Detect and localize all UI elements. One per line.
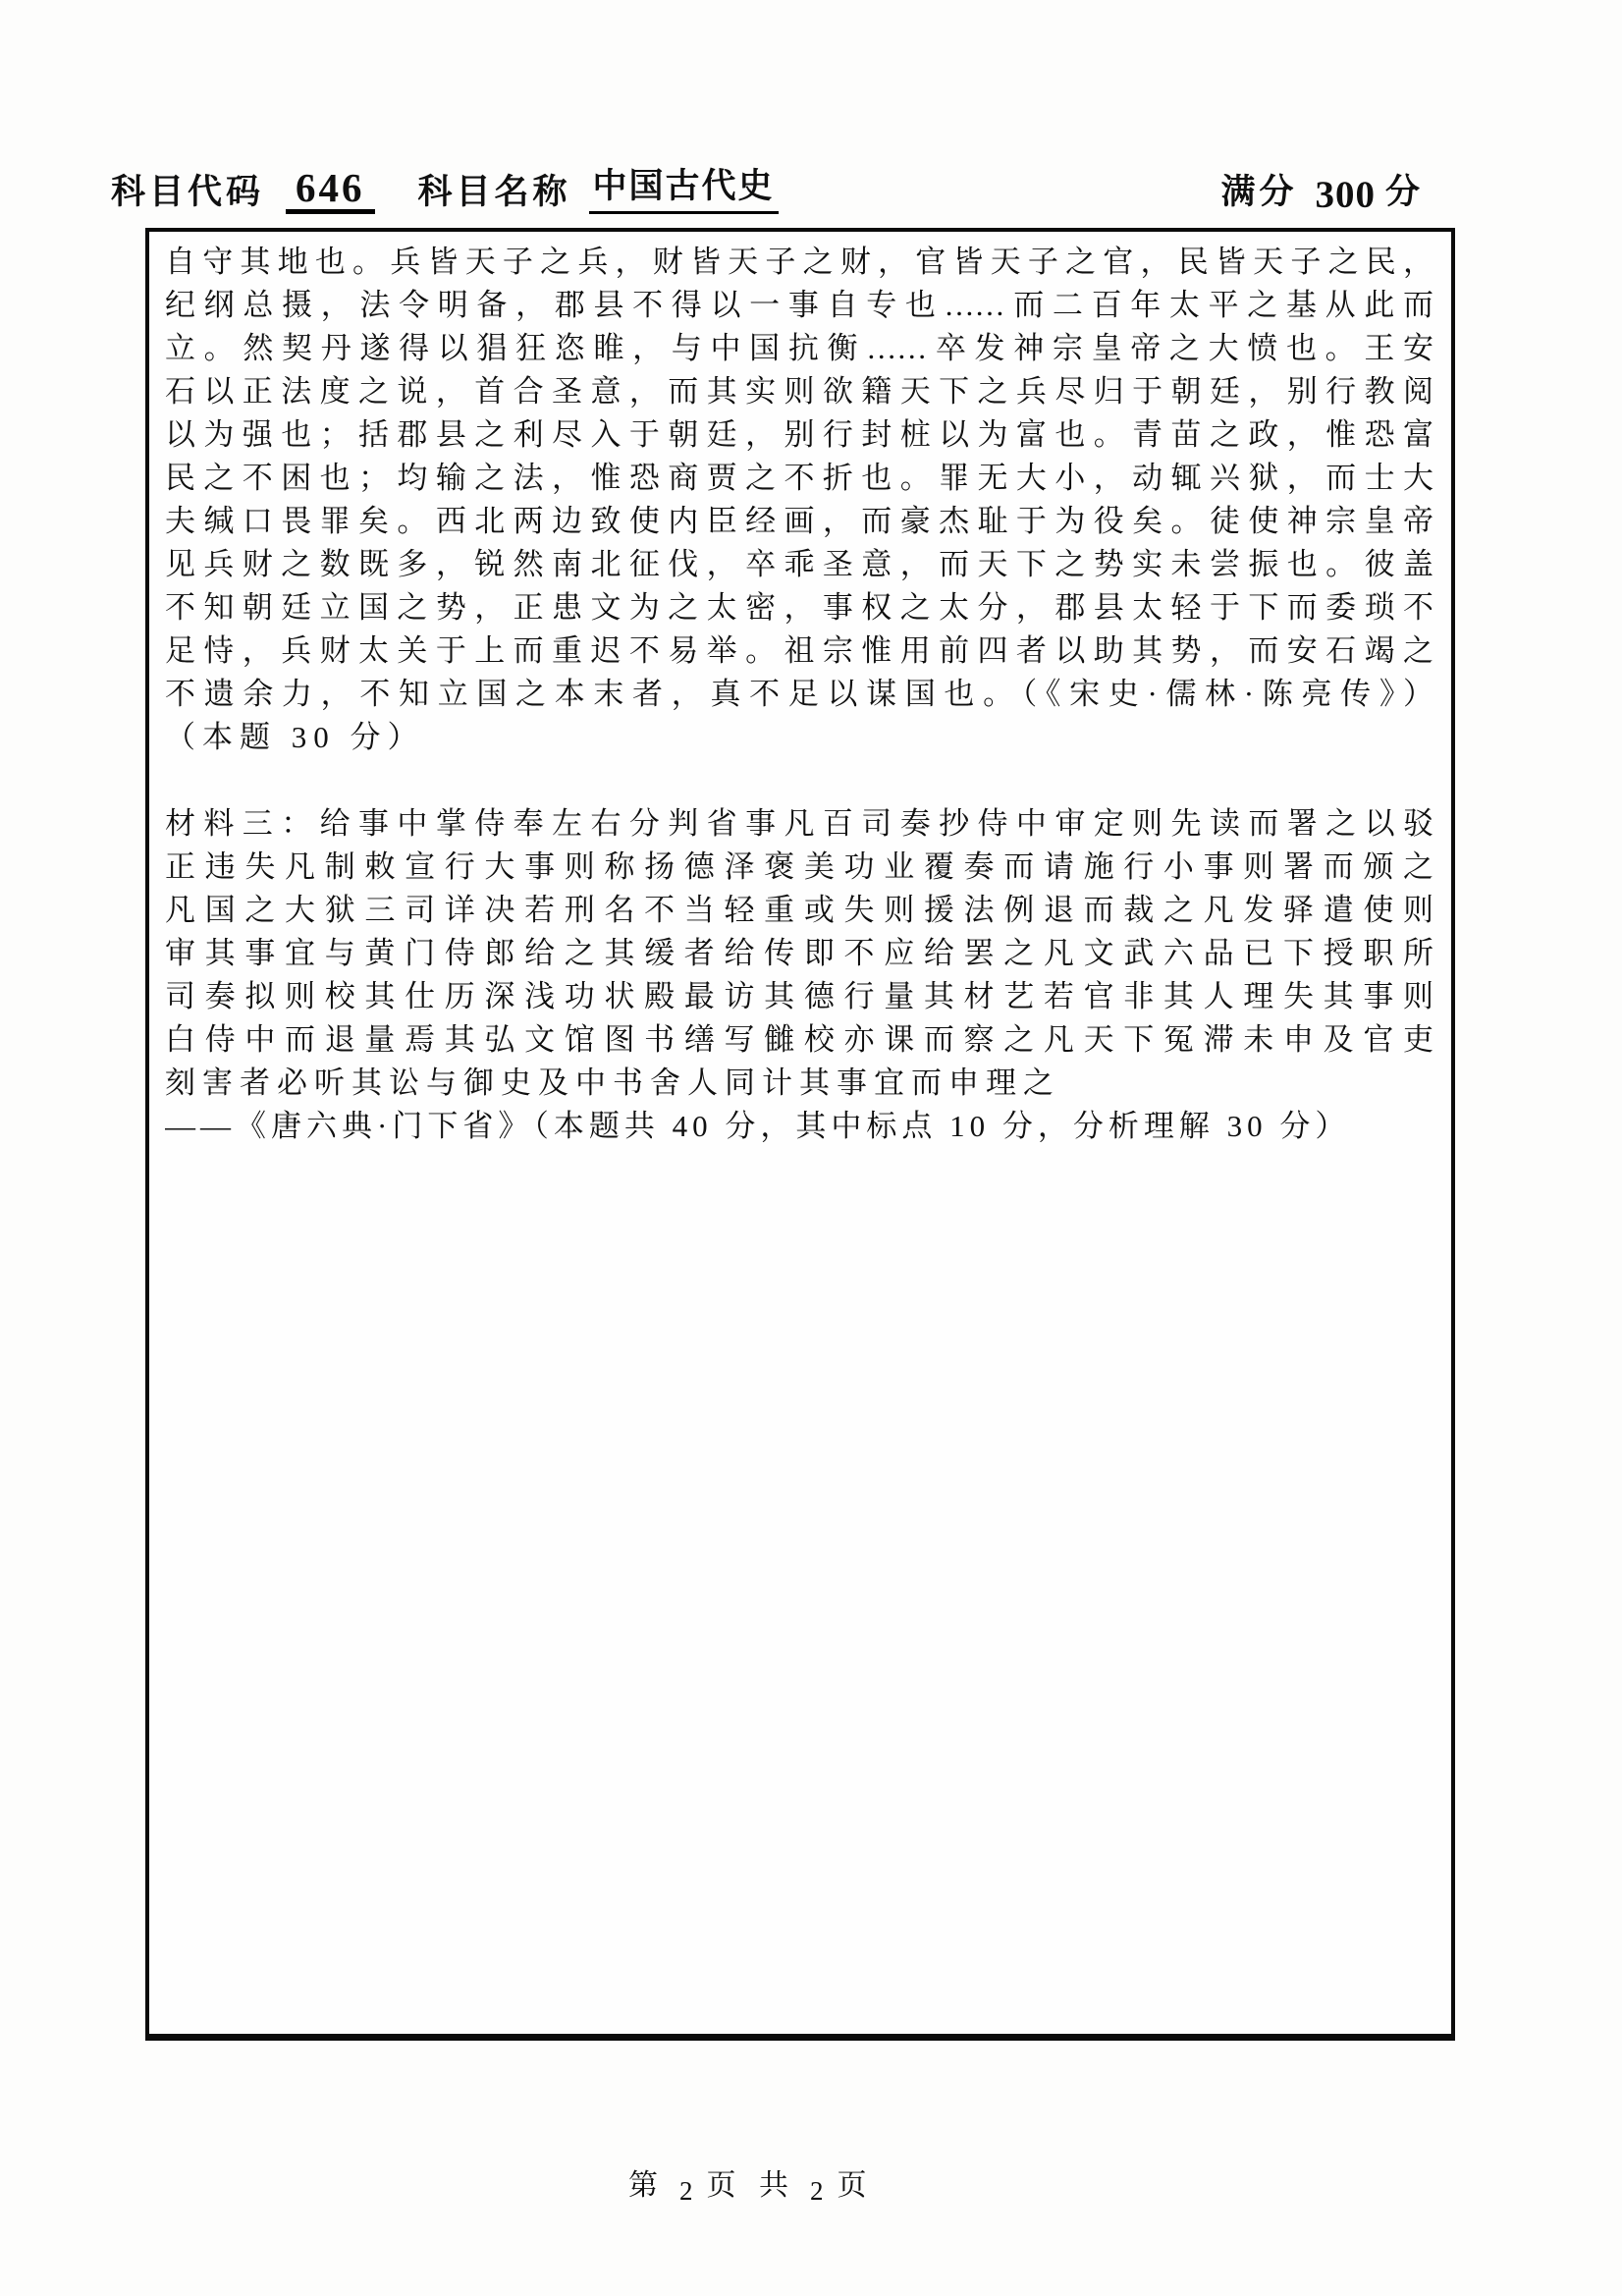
footer-suffix: 页 [838, 2169, 875, 2202]
text-line: 夫缄口畏罪矣。西北两边致使内臣经画，而豪杰耻于为役矣。徒使神宗皇帝 [165, 500, 1433, 543]
current-page-number: 2 [679, 2176, 693, 2207]
text-line: 审其事宜与黄门侍郎给之其缓者给传即不应给罢之凡文武六品已下授职所 [165, 932, 1433, 975]
full-score-unit: 分 [1385, 165, 1424, 214]
material-text-panel: 自守其地也。兵皆天子之兵，财皆天子之财，官皆天子之官，民皆天子之民， 纪纲总摄，… [145, 228, 1455, 2041]
full-score-label: 满分 [1220, 165, 1297, 214]
text-line: 司奏拟则校其仕历深浅功状殿最访其德行量其材艺若官非其人理失其事则 [165, 975, 1433, 1018]
page-footer: 第2页 共2页 [628, 2160, 875, 2204]
footer-prefix: 第 [628, 2169, 666, 2202]
footer-middle: 页 共 [707, 2169, 797, 2202]
score-note: （本题 30 分） [165, 716, 1433, 759]
full-score-value: 300 [1315, 176, 1376, 214]
full-score: 满分 300 分 [1220, 165, 1424, 214]
text-line: 石以正法度之说，首合圣意，而其实则欲籍天下之兵尽归于朝廷，别行教阅 [165, 370, 1433, 413]
text-line: 不知朝廷立国之势，正患文为之太密，事权之太分，郡县太轻于下而委琐不 [165, 586, 1433, 629]
text-line: 见兵财之数既多，锐然南北征伐，卒乖圣意，而天下之势实未尝振也。彼盖 [165, 543, 1433, 586]
exam-header: 科目代码 646 科目名称 中国古代史 满分 300 分 [111, 159, 1424, 214]
text-line: 足恃，兵财太关于上而重迟不易举。祖宗惟用前四者以助其势，而安石竭之 [165, 629, 1433, 673]
text-line: 自守其地也。兵皆天子之兵，财皆天子之财，官皆天子之官，民皆天子之民， [165, 241, 1433, 284]
subject-code-value: 646 [286, 168, 375, 214]
subject-code-label: 科目代码 [111, 165, 264, 214]
text-line: 立。然契丹遂得以猖狂恣睢，与中国抗衡……卒发神宗皇帝之大愤也。王安 [165, 327, 1433, 370]
text-line: 凡国之大狱三司详决若刑名不当轻重或失则援法例退而裁之凡发驿遣使则 [165, 889, 1433, 932]
text-line: 刻害者必听其讼与御史及中书舍人同计其事宜而申理之 [165, 1062, 1433, 1105]
subject-name-value: 中国古代史 [589, 159, 779, 214]
total-page-number: 2 [810, 2176, 824, 2207]
text-line: 纪纲总摄，法令明备，郡县不得以一事自专也……而二百年太平之基从此而 [165, 284, 1433, 327]
source-line: ——《唐六典·门下省》（本题共 40 分，其中标点 10 分，分析理解 30 分… [165, 1105, 1433, 1148]
text-line: 材料三：给事中掌侍奉左右分判省事凡百司奏抄侍中审定则先读而署之以驳 [165, 802, 1433, 846]
text-line: 白侍中而退量焉其弘文馆图书缮写雠校亦课而察之凡天下冤滞未申及官吏 [165, 1018, 1433, 1062]
text-line: 以为强也；括郡县之利尽入于朝廷，别行封桩以为富也。青苗之政，惟恐富 [165, 413, 1433, 457]
text-line: 民之不困也；均输之法，惟恐商贾之不折也。罪无大小，动辄兴狱，而士大 [165, 457, 1433, 500]
text-line: 正违失凡制敕宣行大事则称扬德泽褒美功业覆奏而请施行小事则署而颁之 [165, 846, 1433, 889]
paragraph-gap [165, 759, 1433, 802]
exam-page: 科目代码 646 科目名称 中国古代史 满分 300 分 自守其地也。兵皆天子之… [0, 0, 1622, 2296]
subject-name-label: 科目名称 [418, 165, 571, 214]
text-line: 不遗余力，不知立国之本末者，真不足以谋国也。（《宋史·儒林·陈亮传》） [165, 673, 1433, 716]
